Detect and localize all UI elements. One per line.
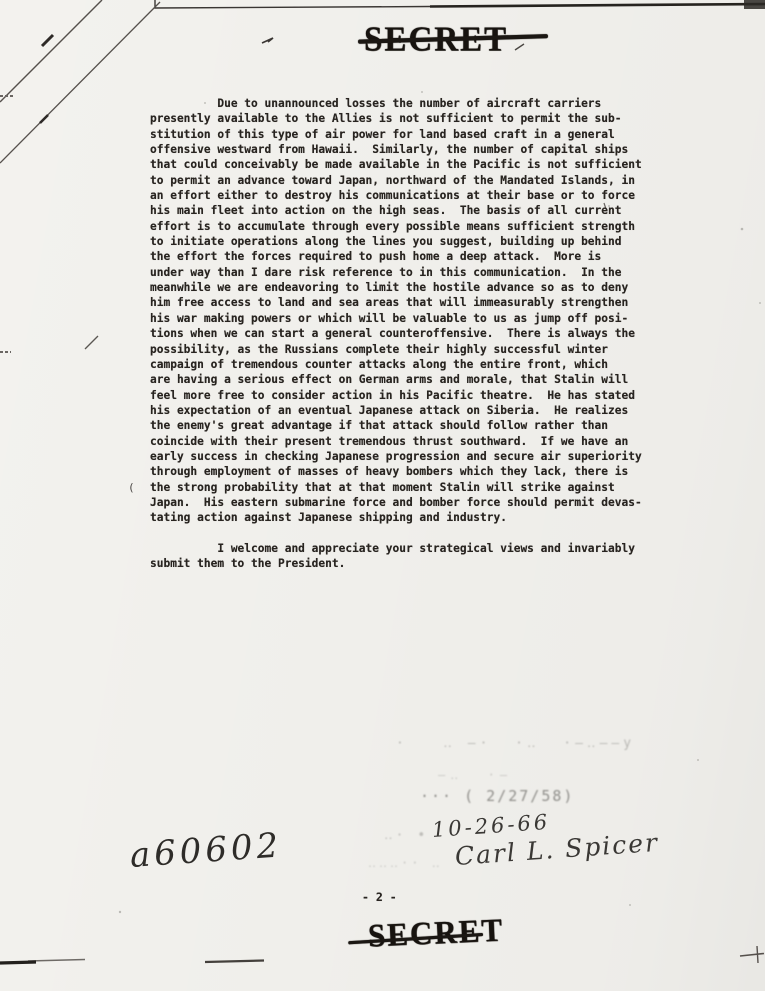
scanned-document-page: SECRET Due to unannounced losses the num…	[0, 0, 765, 991]
faint-stamp-line-1: · ‥ —· ·‥ ·—‥——y	[396, 736, 635, 751]
letter-paragraph-2: I welcome and appreciate your strategica…	[150, 541, 635, 572]
text-line: meanwhile we are endeavoring to limit th…	[150, 280, 642, 295]
text-line: the enemy's great advantage if that atta…	[150, 418, 642, 433]
faint-stamp-line-2: —‥ ·—	[438, 768, 512, 782]
faint-stamp-line-5: ‥‥‥·· ‥	[368, 856, 443, 870]
text-line: through employment of masses of heavy bo…	[150, 464, 642, 479]
text-line: tions when we can start a general counte…	[150, 326, 642, 341]
faint-stamp-date-line: ··· ( 2/27/58)	[420, 787, 574, 805]
margin-tick-mark: (	[128, 481, 135, 494]
text-line: to initiate operations along the lines y…	[150, 234, 642, 249]
text-line: Due to unannounced losses the number of …	[150, 96, 642, 111]
faint-stamp-line-4: ‥· •	[384, 828, 428, 843]
text-line: campaign of tremendous counter attacks a…	[150, 357, 642, 372]
text-line: under way than I dare risk reference to …	[150, 265, 642, 280]
text-line: effort is to accumulate through every po…	[150, 219, 642, 234]
text-line: his war making powers or which will be v…	[150, 311, 642, 326]
text-line: coincide with their present tremendous t…	[150, 434, 642, 449]
classification-stamp-bottom-text: SECRET	[367, 911, 505, 954]
text-line: his expectation of an eventual Japanese …	[150, 403, 642, 418]
text-line: feel more free to consider action in his…	[150, 388, 642, 403]
text-line: possibility, as the Russians complete th…	[150, 342, 642, 357]
text-line: submit them to the President.	[150, 556, 635, 571]
text-line: the effort the forces required to push h…	[150, 249, 642, 264]
text-line: presently available to the Allies is not…	[150, 111, 642, 126]
text-line: tating action against Japanese shipping …	[150, 510, 642, 525]
text-line: early success in checking Japanese progr…	[150, 449, 642, 464]
page-number: - 2 -	[362, 890, 397, 905]
text-line: that could conceivably be made available…	[150, 157, 642, 172]
handwritten-file-number: a60602	[129, 825, 284, 876]
text-line: his main fleet into action on the high s…	[150, 203, 642, 218]
text-line: the strong probability that at that mome…	[150, 480, 642, 495]
classification-stamp-top: SECRET	[364, 21, 508, 60]
text-line: Japan. His eastern submarine force and b…	[150, 495, 642, 510]
text-line: him free access to land and sea areas th…	[150, 295, 642, 310]
text-line: are having a serious effect on German ar…	[150, 372, 642, 387]
classification-stamp-bottom: SECRET	[367, 911, 505, 955]
text-line: I welcome and appreciate your strategica…	[150, 541, 635, 556]
text-line: an effort either to destroy his communic…	[150, 188, 642, 203]
text-line: offensive westward from Hawaii. Similarl…	[150, 142, 642, 157]
text-line: to permit an advance toward Japan, north…	[150, 173, 642, 188]
letter-paragraph-1: Due to unannounced losses the number of …	[150, 96, 642, 526]
text-line: stitution of this type of air power for …	[150, 127, 642, 142]
